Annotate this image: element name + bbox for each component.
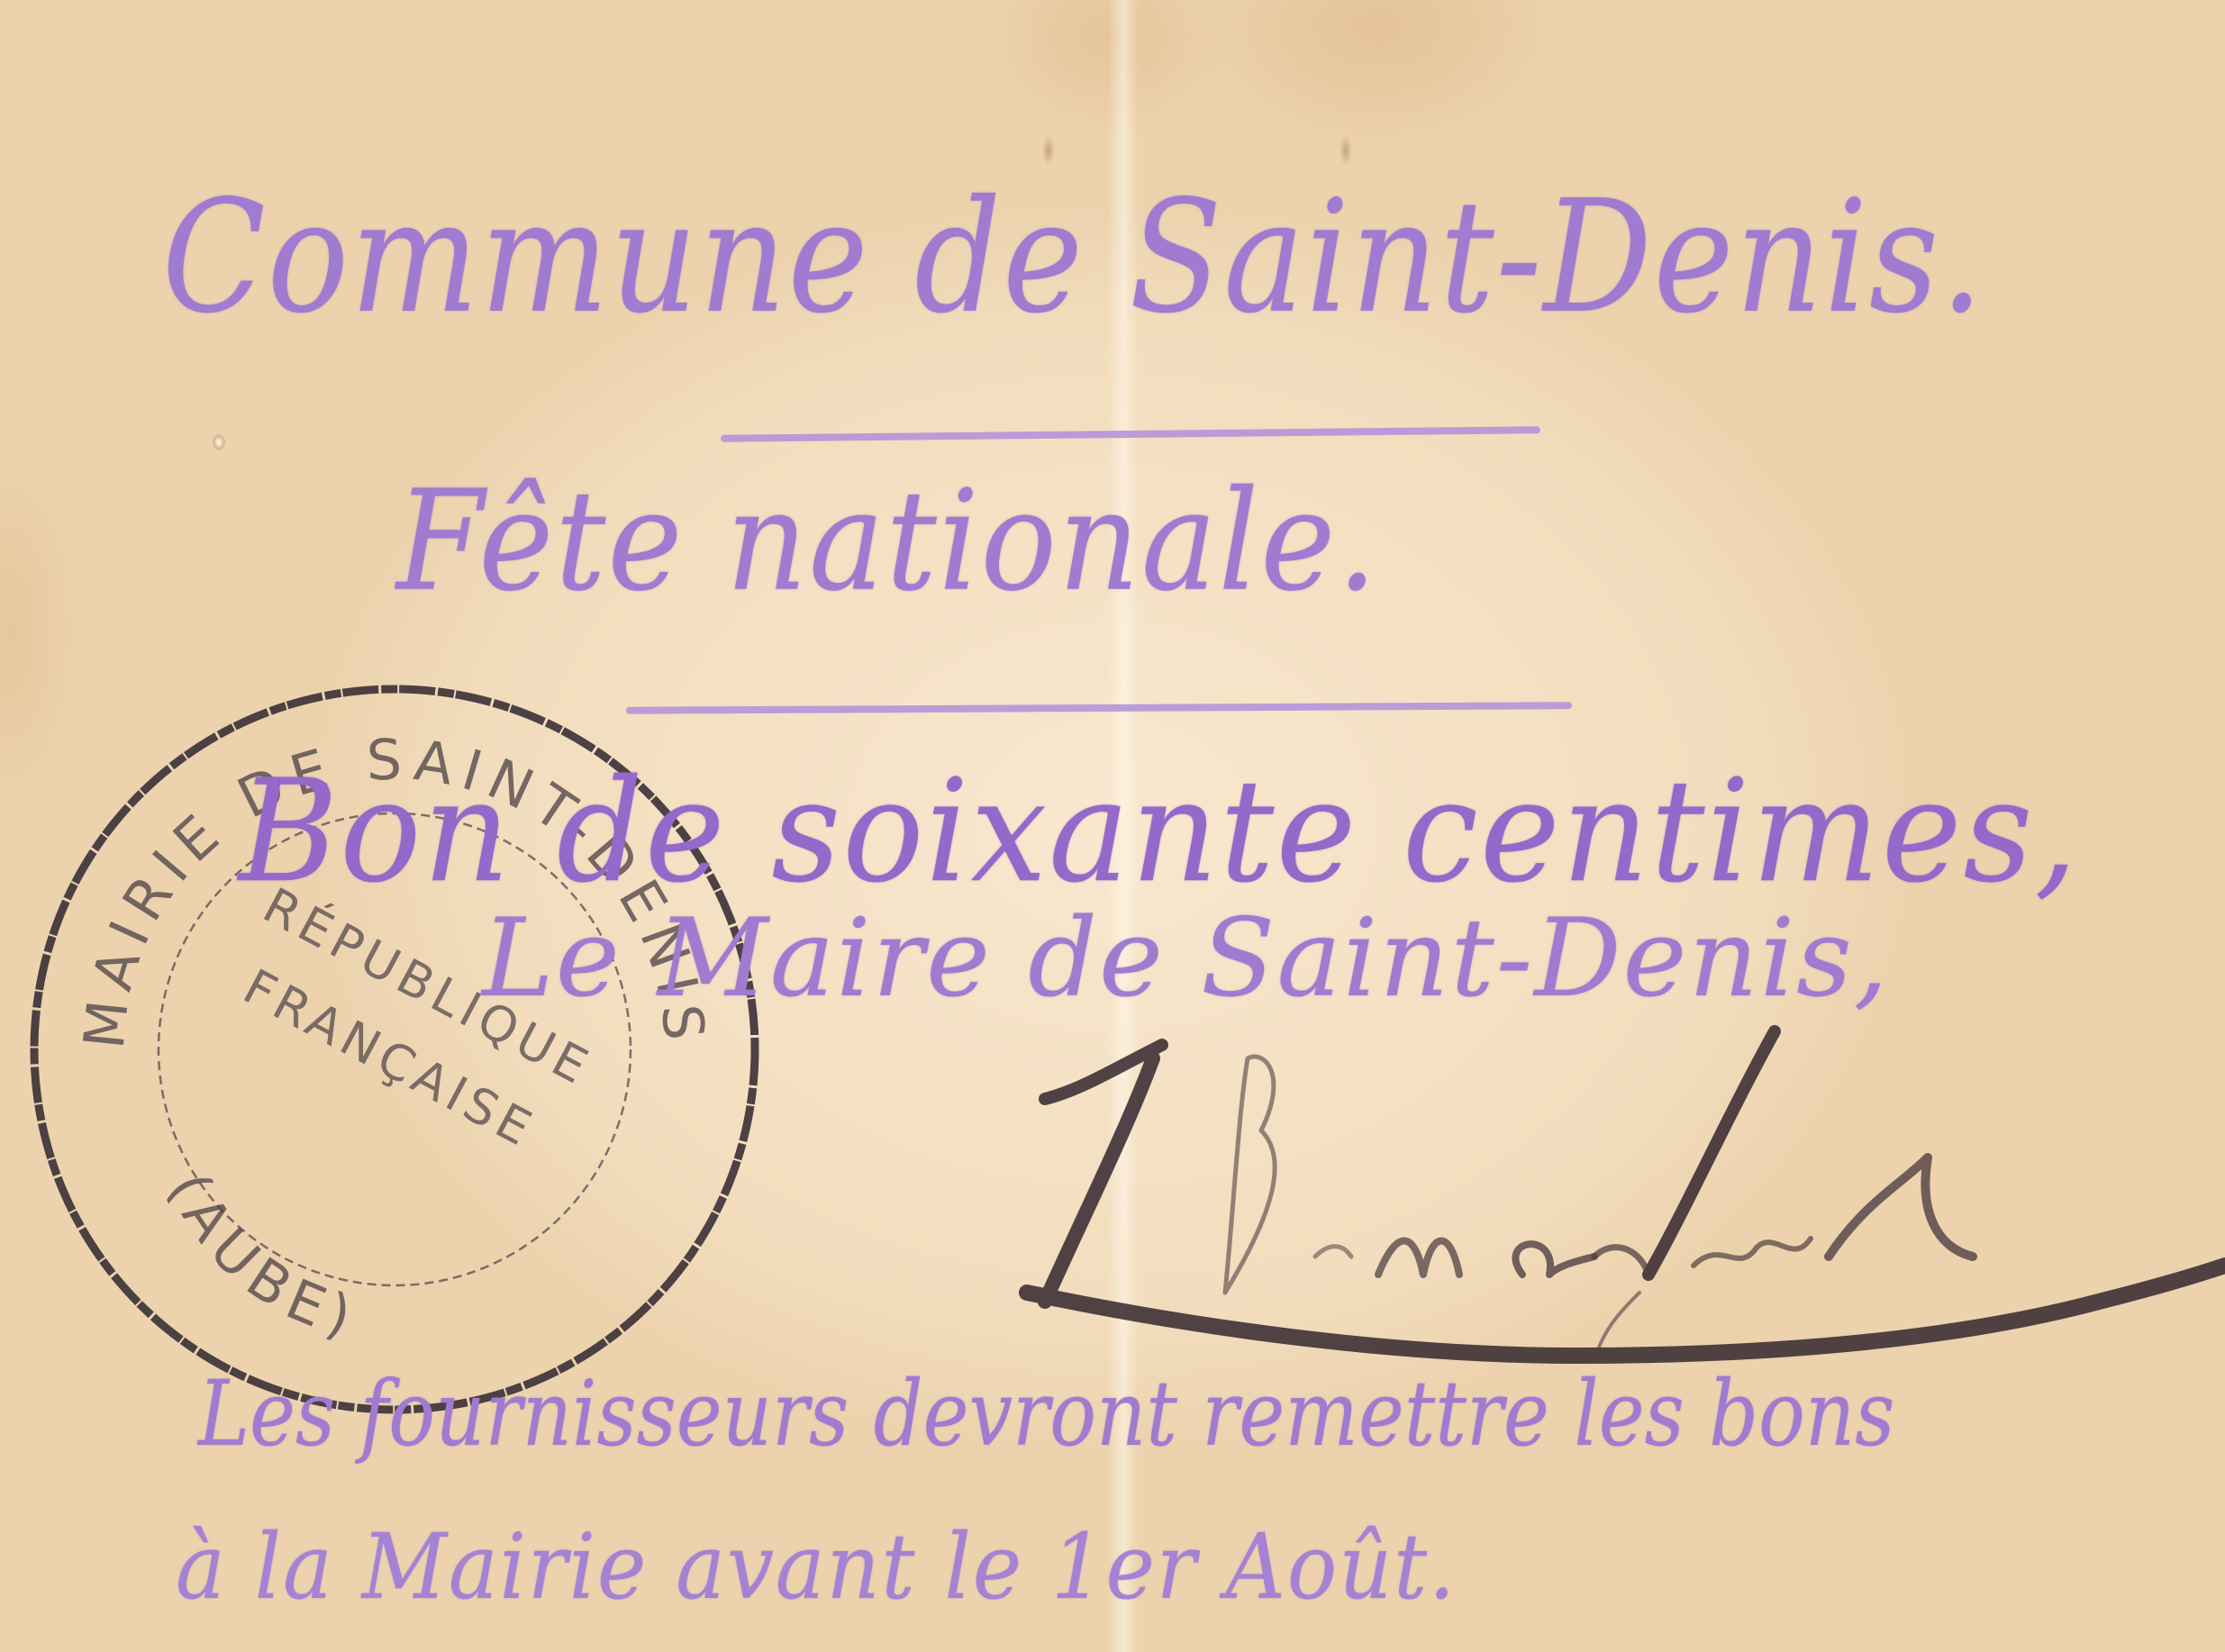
document-subtitle: Fête nationale. <box>396 473 1379 612</box>
paper-crease-mark <box>1340 135 1352 166</box>
stamp-ring-bottom-text: (AUBE) <box>156 1163 367 1351</box>
mayor-signature: Bernadou <box>1018 1004 2225 1365</box>
document-title: Commune de Saint-Denis. <box>162 180 1985 336</box>
pinhole-mark <box>213 434 225 450</box>
voucher-amount: Bon de soixante centimes, <box>239 761 2079 903</box>
voucher-document: Commune de Saint-Denis. Fête nationale. … <box>0 0 2225 1652</box>
paper-crease-mark <box>1042 135 1055 166</box>
supplier-notice-line-2: à la Mairie avant le 1er Août. <box>176 1522 1457 1612</box>
svg-text:(AUBE): (AUBE) <box>156 1163 367 1351</box>
supplier-notice-line-1: Les fournisseurs devront remettre les bo… <box>198 1369 1894 1459</box>
signature-text: Bernadou <box>1018 1004 1022 1005</box>
mayor-title: Le Maire de Saint-Denis, <box>482 905 1890 1013</box>
